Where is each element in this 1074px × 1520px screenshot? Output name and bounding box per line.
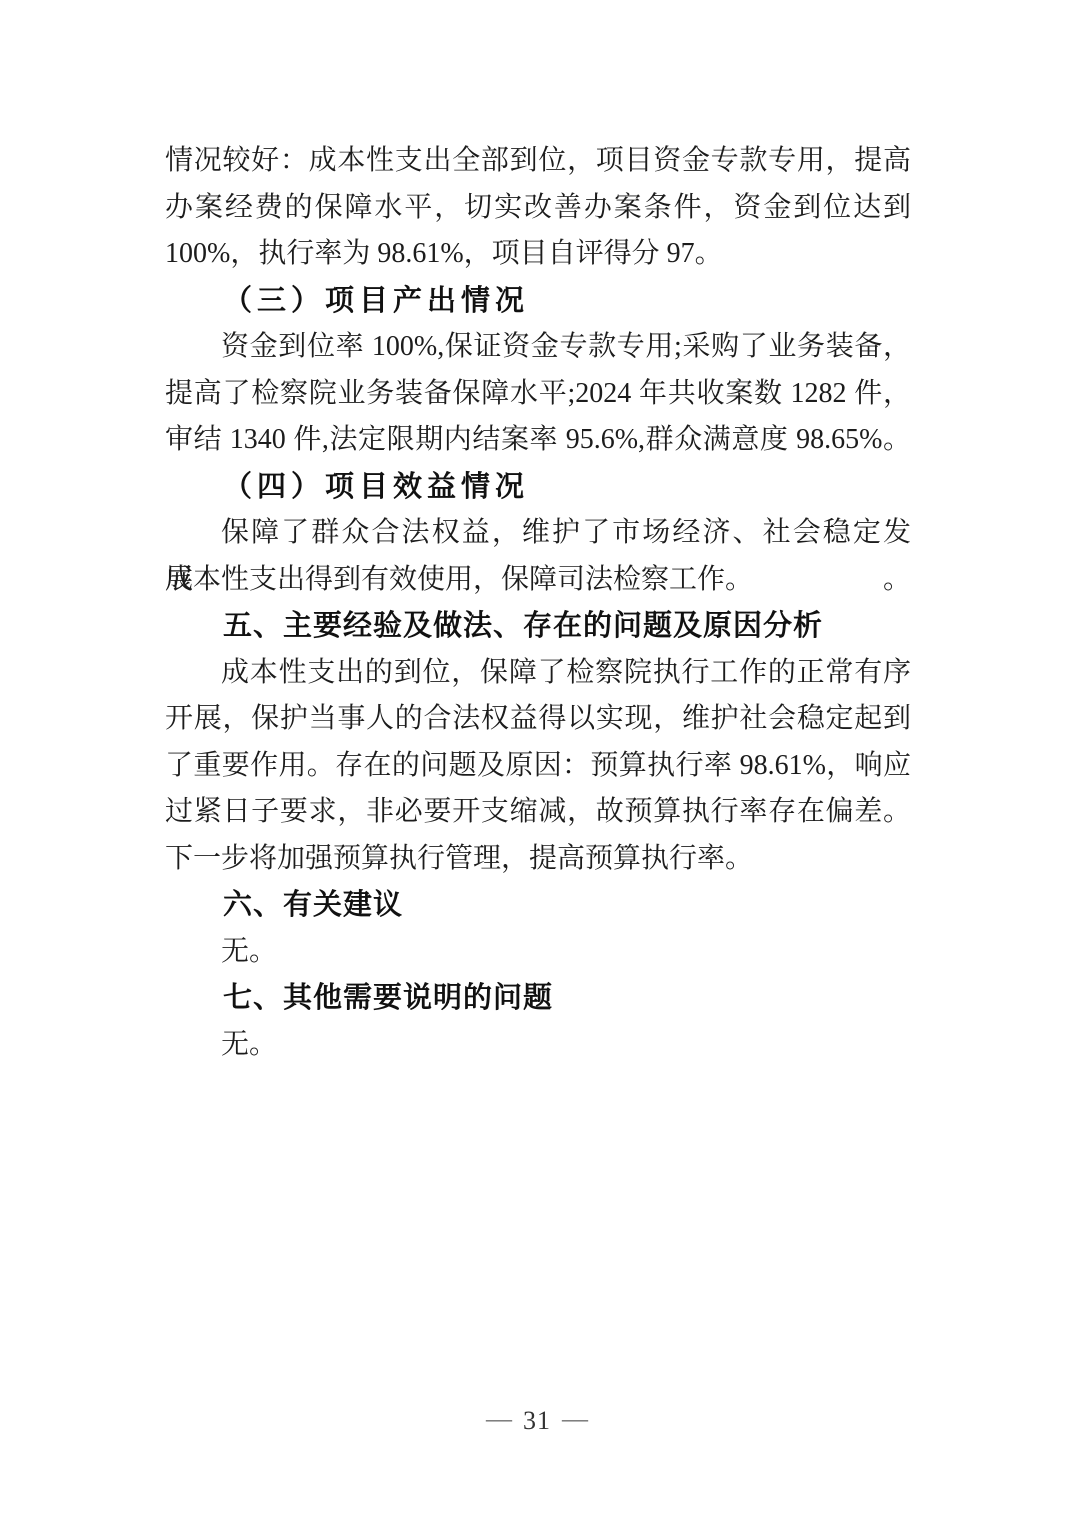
section-heading: （三）项目产出情况	[165, 278, 911, 325]
footer-dash-left: —	[486, 1404, 512, 1433]
body-text-line: 100%，执行率为 98.61%，项目自评得分 97。	[165, 231, 911, 278]
body-text-line: 了重要作用。存在的问题及原因：预算执行率 98.61%，响应	[165, 743, 911, 790]
body-text-line: 保障了群众合法权益，维护了市场经济、社会稳定发展。	[165, 510, 911, 557]
body-text-line: 成本性支出的到位，保障了检察院执行工作的正常有序	[165, 650, 911, 697]
page-footer: —31—	[0, 1406, 1074, 1436]
body-text-line: 审结 1340 件,法定限期内结案率 95.6%,群众满意度 98.65%。	[165, 417, 911, 464]
document-body: 情况较好：成本性支出全部到位，项目资金专款专用，提高办案经费的保障水平，切实改善…	[165, 138, 911, 1068]
page-number: 31	[523, 1406, 551, 1435]
body-text-line: 情况较好：成本性支出全部到位，项目资金专款专用，提高	[165, 138, 911, 185]
section-heading: 七、其他需要说明的问题	[165, 975, 911, 1022]
section-heading: （四）项目效益情况	[165, 464, 911, 511]
body-text-line: 提高了检察院业务装备保障水平;2024 年共收案数 1282 件，	[165, 371, 911, 418]
section-heading: 六、有关建议	[165, 882, 911, 929]
section-heading: 五、主要经验及做法、存在的问题及原因分析	[165, 603, 911, 650]
body-text-line: 开展，保护当事人的合法权益得以实现，维护社会稳定起到	[165, 696, 911, 743]
body-text-line: 资金到位率 100%,保证资金专款专用;采购了业务装备，	[165, 324, 911, 371]
body-text-line: 下一步将加强预算执行管理，提高预算执行率。	[165, 836, 911, 883]
body-text-line: 办案经费的保障水平，切实改善办案条件，资金到位达到	[165, 185, 911, 232]
body-text-line: 无。	[165, 929, 911, 976]
footer-dash-right: —	[562, 1404, 588, 1433]
document-page: 情况较好：成本性支出全部到位，项目资金专款专用，提高办案经费的保障水平，切实改善…	[0, 0, 1074, 1520]
body-text-line: 过紧日子要求，非必要开支缩减，故预算执行率存在偏差。	[165, 789, 911, 836]
body-text-line: 无。	[165, 1022, 911, 1069]
